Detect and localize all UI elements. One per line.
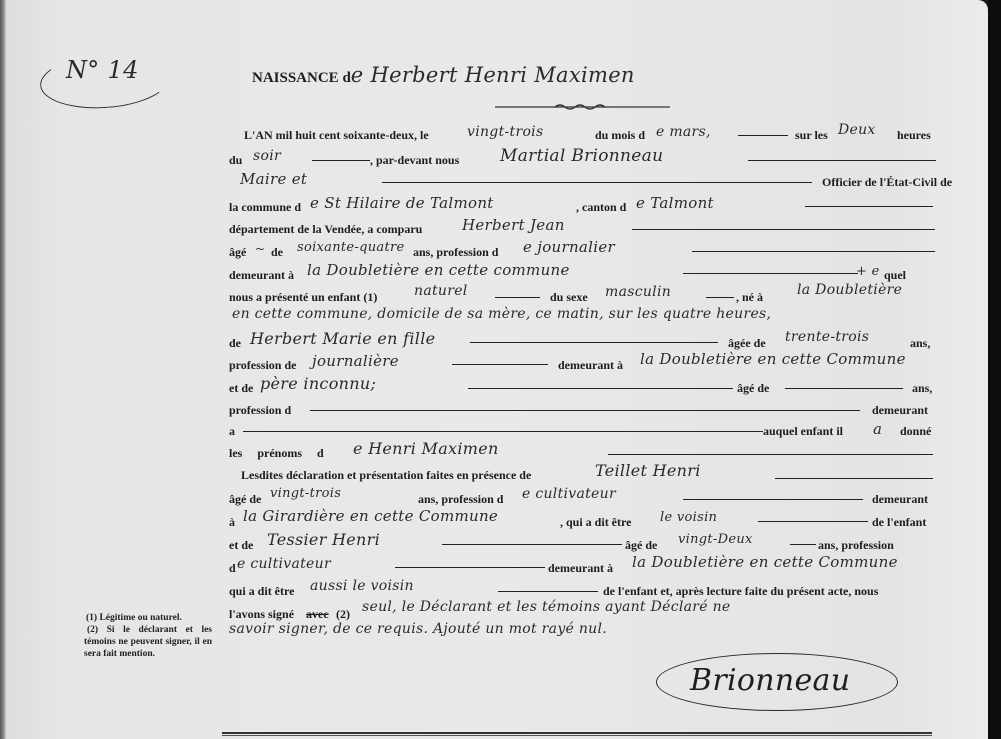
text-l6-p3: ans, profession d bbox=[413, 245, 498, 260]
text-l1-p1: L'AN mil huit cent soixante-deux, le bbox=[244, 128, 429, 143]
rule bbox=[706, 297, 734, 298]
witness1-profession: e cultivateur bbox=[522, 486, 616, 502]
rule bbox=[310, 410, 860, 411]
text-l14-p2: auquel enfant il bbox=[763, 424, 843, 439]
declarant-profession: e journalier bbox=[523, 238, 615, 256]
commune-name: e St Hilaire de Talmont bbox=[310, 194, 494, 212]
text-l18-p1: à bbox=[229, 515, 235, 530]
register-page: N° 14 NAISSANCE de Herbert Henri Maximen… bbox=[0, 0, 988, 739]
text-l18-p2: , qui a dit être bbox=[560, 515, 631, 530]
text-l12-p2: âgé de bbox=[737, 381, 769, 396]
rule bbox=[470, 342, 718, 343]
witness2-age: vingt-Deux bbox=[678, 532, 753, 547]
text-l5-p1: département de la Vendée, a comparu bbox=[229, 222, 422, 237]
rule bbox=[748, 160, 936, 161]
officer-name: Martial Brionneau bbox=[500, 146, 663, 166]
record-number: N° 14 bbox=[66, 56, 139, 84]
birth-hour: Deux bbox=[838, 122, 876, 138]
declarant-name: Herbert Jean bbox=[462, 216, 565, 234]
text-l13-p2: demeurant bbox=[872, 403, 928, 418]
signing-statement-cont: savoir signer, de ce requis. Ajouté un m… bbox=[229, 621, 607, 637]
text-l1-p3: sur les bbox=[795, 128, 828, 143]
text-l20-p2: demeurant à bbox=[548, 561, 613, 576]
officer-title: Maire et bbox=[240, 170, 307, 188]
rule bbox=[608, 454, 933, 455]
declarant-age: soixante-quatre bbox=[297, 240, 405, 255]
text-l22-p2: (2) bbox=[336, 607, 350, 622]
text-l21-p2: de l'enfant et, après lecture faite du p… bbox=[603, 584, 878, 599]
rule bbox=[785, 388, 903, 389]
bottom-rule bbox=[222, 732, 932, 734]
rule bbox=[382, 182, 812, 183]
text-l4-p2: , canton d bbox=[576, 200, 626, 215]
mother-name: Herbert Marie en fille bbox=[250, 329, 435, 348]
text-l8-p1: nous a présenté un enfant (1) bbox=[229, 290, 377, 305]
witness2-profession: e cultivateur bbox=[237, 556, 331, 572]
text-l8-p3: , né à bbox=[736, 290, 763, 305]
mother-age: trente-trois bbox=[785, 329, 869, 345]
rule bbox=[692, 251, 935, 252]
child-first-names: e Henri Maximen bbox=[353, 439, 499, 458]
text-l10-p2: âgée de bbox=[728, 336, 766, 351]
text-l6-h1: ~ bbox=[255, 242, 265, 256]
text-l19-p1: et de bbox=[229, 538, 253, 553]
text-l18-p3: de l'enfant bbox=[872, 515, 926, 530]
text-l22-p1: l'avons signé bbox=[229, 607, 294, 622]
text-l10-p1: de bbox=[229, 336, 241, 351]
text-l7-p1: demeurant à bbox=[229, 268, 294, 283]
scan-border bbox=[988, 0, 1001, 739]
title-handwritten: e Herbert Henri Maximen bbox=[351, 63, 635, 87]
rule bbox=[775, 478, 933, 479]
rule bbox=[495, 297, 540, 298]
witness2-relation: aussi le voisin bbox=[310, 578, 414, 594]
rule bbox=[683, 499, 863, 500]
rule bbox=[243, 431, 763, 432]
title-printed: NAISSANCE d bbox=[252, 70, 351, 86]
text-l3-p1: Officier de l'État-Civil de bbox=[822, 175, 952, 190]
text-l11-p2: demeurant à bbox=[558, 358, 623, 373]
rule bbox=[442, 544, 622, 545]
rule bbox=[395, 567, 545, 568]
text-l17-p3: demeurant bbox=[872, 492, 928, 507]
rule bbox=[312, 160, 370, 161]
rule bbox=[790, 544, 816, 545]
text-l12-p3: ans, bbox=[912, 381, 932, 396]
text-l6-p1: âgé bbox=[229, 245, 246, 260]
text-l4-p1: la commune d bbox=[229, 200, 301, 215]
birth-place: la Doubletière bbox=[797, 282, 902, 298]
text-l2-p1: du bbox=[229, 153, 242, 168]
text-l7-p2: quel bbox=[884, 268, 906, 283]
time-of-day: soir bbox=[253, 148, 281, 164]
text-l16-p1: Lesdites déclaration et présentation fai… bbox=[241, 468, 531, 483]
witness2-name: Tessier Henri bbox=[267, 530, 380, 549]
declarant-residence: la Doubletière en cette commune bbox=[307, 261, 570, 279]
record-title: NAISSANCE de Herbert Henri Maximen bbox=[252, 63, 635, 87]
mother-profession: journalière bbox=[312, 352, 399, 370]
father-name: père inconnu; bbox=[260, 374, 376, 393]
rule bbox=[805, 206, 933, 207]
canton-name: e Talmont bbox=[636, 194, 714, 212]
footnotes: (1) Légitime ou naturel. (2) Si le décla… bbox=[84, 612, 212, 660]
rule bbox=[738, 135, 788, 136]
text-l14-p1: a bbox=[229, 424, 235, 439]
rule bbox=[758, 521, 868, 522]
text-l19-p2: âgé de bbox=[625, 538, 657, 553]
witness1-residence: la Girardière en cette Commune bbox=[243, 507, 498, 525]
child-legitimacy: naturel bbox=[414, 283, 468, 299]
rule bbox=[632, 229, 935, 230]
signing-statement: seul, le Déclarant et les témoins ayant … bbox=[362, 599, 731, 615]
mother-residence: la Doubletière en cette Commune bbox=[640, 350, 906, 368]
struck-word: avec bbox=[306, 607, 329, 622]
text-l17-p2: ans, profession d bbox=[418, 492, 503, 507]
witness2-residence: la Doubletière en cette Commune bbox=[632, 553, 898, 571]
text-l7-h2: + e bbox=[856, 264, 880, 279]
text-l11-p1: profession de bbox=[229, 358, 296, 373]
text-l17-p1: âgé de bbox=[229, 492, 261, 507]
text-l20-p1: d bbox=[229, 561, 236, 576]
witness1-age: vingt-trois bbox=[270, 486, 341, 501]
bottom-rule-thin bbox=[222, 735, 932, 736]
footnote-2: (2) Si le déclarant et les témoins ne pe… bbox=[84, 624, 212, 660]
rule bbox=[498, 591, 598, 592]
officer-signature: Brionneau bbox=[650, 645, 910, 725]
text-l6-p2: de bbox=[271, 245, 283, 260]
signature-text: Brionneau bbox=[690, 663, 850, 698]
birth-month: e mars, bbox=[656, 124, 711, 140]
child-sex: masculin bbox=[605, 284, 671, 300]
text-l15-p1: les prénoms d bbox=[229, 446, 324, 461]
text-l21-p1: qui a dit être bbox=[229, 584, 294, 599]
witness1-name: Teillet Henri bbox=[595, 461, 701, 480]
witness1-relation: le voisin bbox=[660, 510, 717, 525]
text-l19-p3: ans, profession bbox=[818, 538, 894, 553]
text-l8-p2: du sexe bbox=[550, 290, 588, 305]
text-l14-h1: a bbox=[873, 420, 882, 438]
title-ornament bbox=[495, 103, 670, 111]
text-l14-p3: donné bbox=[900, 424, 931, 439]
rule bbox=[683, 273, 858, 274]
birth-details: en cette commune, domicile de sa mère, c… bbox=[232, 306, 771, 322]
text-l13-p1: profession d bbox=[229, 403, 291, 418]
text-l2-p2: , par-devant nous bbox=[370, 153, 459, 168]
rule bbox=[468, 388, 733, 389]
birth-day: vingt-trois bbox=[467, 124, 543, 140]
text-l1-p4: heures bbox=[897, 128, 931, 143]
text-l1-p2: du mois d bbox=[595, 128, 645, 143]
text-l10-p3: ans, bbox=[910, 336, 930, 351]
page-binding-edge bbox=[0, 0, 6, 739]
text-l12-p1: et de bbox=[229, 381, 253, 396]
footnote-1: (1) Légitime ou naturel. bbox=[84, 612, 212, 624]
rule bbox=[452, 364, 548, 365]
